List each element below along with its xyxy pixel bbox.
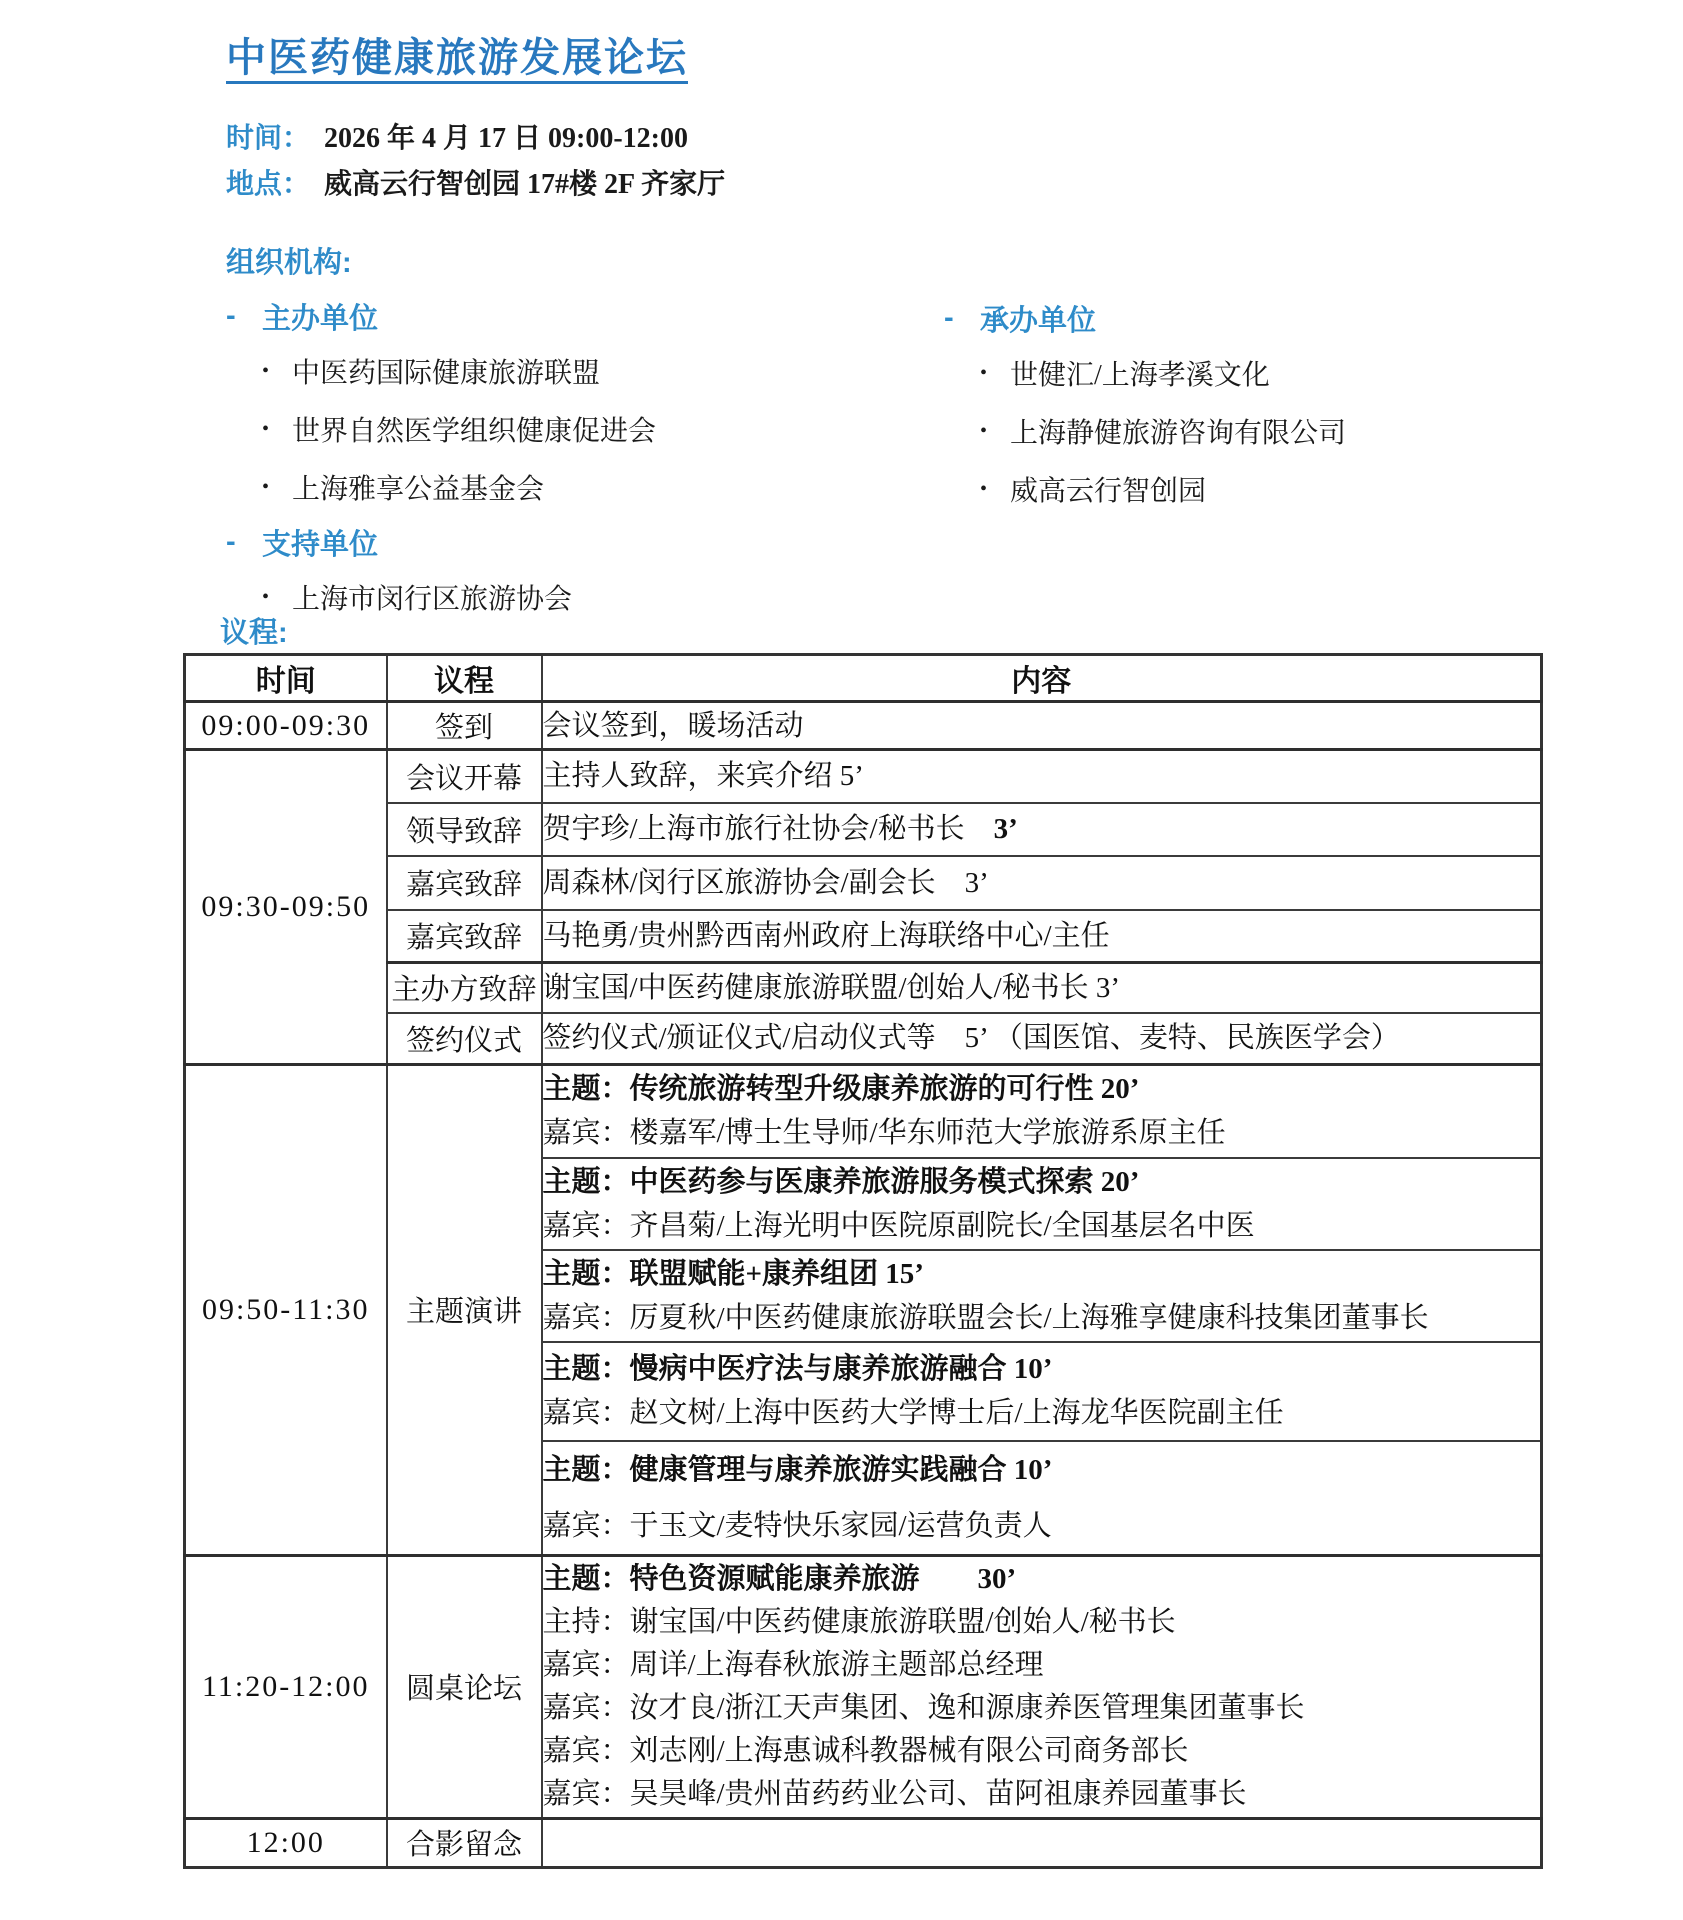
agenda-cell: 合影留念 <box>387 1818 542 1867</box>
agenda-cell: 签到 <box>387 702 542 750</box>
content-line: 会议签到，暖场活动 <box>543 704 1541 748</box>
org-group-host: - 主办单位 •中医药国际健康旅游联盟•世界自然医学组织健康促进会•上海雅享公益… <box>226 296 656 516</box>
content-cell: 主持人致辞，来宾介绍 5’ <box>542 750 1542 803</box>
content-line: 马艳勇/贵州黔西南州政府上海联络中心/主任 <box>543 914 1541 958</box>
agenda-cell: 嘉宾致辞 <box>387 910 542 963</box>
org-item: •世界自然医学组织健康促进会 <box>226 400 656 458</box>
org-item-label: 上海雅享公益基金会 <box>292 467 544 507</box>
content-line: 嘉宾：厉夏秋/中医药健康旅游联盟会长/上海雅享健康科技集团董事长 <box>543 1296 1541 1340</box>
bullet-dot-icon: • <box>262 476 292 499</box>
location-label: 地点： <box>226 168 310 199</box>
bullet-dot-icon: • <box>980 362 1010 385</box>
agenda-table: 时间议程内容09:00-09:30签到会议签到，暖场活动09:30-09:50会… <box>183 653 1543 1869</box>
content-cell: 主题：特色资源赋能康养旅游 30’主持：谢宝国/中医药健康旅游联盟/创始人/秘书… <box>542 1555 1542 1818</box>
org-item: •世健汇/上海孝溪文化 <box>944 344 1346 402</box>
agenda-header-row: 时间议程内容 <box>185 655 1542 702</box>
agenda-table-wrap: 时间议程内容09:00-09:30签到会议签到，暖场活动09:30-09:50会… <box>183 653 1543 1869</box>
bullet-dot-icon: • <box>980 478 1010 501</box>
content-line: 主持：谢宝国/中医药健康旅游联盟/创始人/秘书长 <box>543 1601 1541 1644</box>
agenda-cell: 嘉宾致辞 <box>387 856 542 910</box>
org-group-organizer-items: •世健汇/上海孝溪文化•上海静健旅游咨询有限公司•威高云行智创园 <box>944 344 1346 518</box>
agenda-cell: 主办方致辞 <box>387 963 542 1013</box>
org-item-label: 上海市闵行区旅游协会 <box>292 577 572 617</box>
datetime-label: 时间： <box>226 122 310 153</box>
org-group-organizer-name: 承办单位 <box>980 298 1096 339</box>
agenda-cell: 圆桌论坛 <box>387 1555 542 1818</box>
content-cell: 主题：慢病中医疗法与康养旅游融合 10’嘉宾：赵文树/上海中医药大学博士后/上海… <box>542 1342 1542 1441</box>
content-line: 嘉宾：刘志刚/上海惠诚科教器械有限公司商务部长 <box>543 1730 1541 1773</box>
content-line: 主持人致辞，来宾介绍 5’ <box>543 754 1541 798</box>
agenda-row: 09:00-09:30签到会议签到，暖场活动 <box>185 702 1542 750</box>
time-cell: 09:30-09:50 <box>185 750 387 1065</box>
content-cell: 周森林/闵行区旅游协会/副会长 3’ <box>542 856 1542 910</box>
agenda-row: 领导致辞贺宇珍/上海市旅行社协会/秘书长 3’ <box>185 803 1542 856</box>
content-line: 签约仪式/颁证仪式/启动仪式等 5’ （国医馆、麦特、民族医学会） <box>543 1016 1541 1060</box>
content-cell: 主题：健康管理与康养旅游实践融合 10’嘉宾：于玉文/麦特快乐家园/运营负责人 <box>542 1441 1542 1556</box>
org-item-label: 威高云行智创园 <box>1010 469 1206 509</box>
org-item-label: 中医药国际健康旅游联盟 <box>292 351 600 391</box>
bullet-dot-icon: • <box>262 586 292 609</box>
org-group-support-name: 支持单位 <box>262 522 378 563</box>
content-cell: 主题：传统旅游转型升级康养旅游的可行性 20’嘉宾：楼嘉军/博士生导师/华东师范… <box>542 1065 1542 1158</box>
agenda-row: 09:50-11:30主题演讲主题：传统旅游转型升级康养旅游的可行性 20’嘉宾… <box>185 1065 1542 1158</box>
agenda-section-label: 议程: <box>220 610 288 651</box>
agenda-cell: 主题演讲 <box>387 1065 542 1556</box>
content-cell <box>542 1818 1542 1867</box>
org-item: •上海静健旅游咨询有限公司 <box>944 402 1346 460</box>
organization-section-label: 组织机构: <box>226 240 352 281</box>
content-line: 嘉宾：吴昊峰/贵州苗药药业公司、苗阿祖康养园董事长 <box>543 1773 1541 1816</box>
content-line: 嘉宾：楼嘉军/博士生导师/华东师范大学旅游系原主任 <box>543 1111 1541 1155</box>
content-line: 主题：健康管理与康养旅游实践融合 10’ <box>543 1442 1541 1498</box>
content-line: 嘉宾：赵文树/上海中医药大学博士后/上海龙华医院副主任 <box>543 1391 1541 1435</box>
org-item-label: 世健汇/上海孝溪文化 <box>1010 353 1270 393</box>
content-line: 主题：中医药参与医康养旅游服务模式探索 20’ <box>543 1160 1541 1204</box>
column-header: 内容 <box>542 655 1542 702</box>
content-cell: 签约仪式/颁证仪式/启动仪式等 5’ （国医馆、麦特、民族医学会） <box>542 1013 1542 1065</box>
agenda-row: 12:00合影留念 <box>185 1818 1542 1867</box>
org-item: •上海雅享公益基金会 <box>226 458 656 516</box>
page-title: 中医药健康旅游发展论坛 <box>226 26 688 83</box>
content-cell: 谢宝国/中医药健康旅游联盟/创始人/秘书长 3’ <box>542 963 1542 1013</box>
column-header: 议程 <box>387 655 542 702</box>
dash-bullet-icon: - <box>226 526 262 559</box>
content-line: 主题：传统旅游转型升级康养旅游的可行性 20’ <box>543 1067 1541 1111</box>
time-cell: 09:50-11:30 <box>185 1065 387 1556</box>
content-line: 谢宝国/中医药健康旅游联盟/创始人/秘书长 3’ <box>543 966 1541 1010</box>
agenda-row: 09:30-09:50会议开幕主持人致辞，来宾介绍 5’ <box>185 750 1542 803</box>
agenda-row: 11:20-12:00圆桌论坛主题：特色资源赋能康养旅游 30’主持：谢宝国/中… <box>185 1555 1542 1818</box>
document-page: 中医药健康旅游发展论坛 时间：2026 年 4 月 17 日 09:00-12:… <box>0 0 1683 1920</box>
agenda-cell: 签约仪式 <box>387 1013 542 1065</box>
agenda-row: 主办方致辞谢宝国/中医药健康旅游联盟/创始人/秘书长 3’ <box>185 963 1542 1013</box>
bullet-dot-icon: • <box>262 418 292 441</box>
bullet-dot-icon: • <box>262 360 292 383</box>
content-line: 贺宇珍/上海市旅行社协会/秘书长 3’ <box>543 807 1541 851</box>
agenda-table-body: 时间议程内容09:00-09:30签到会议签到，暖场活动09:30-09:50会… <box>185 655 1542 1868</box>
content-line: 嘉宾：于玉文/麦特快乐家园/运营负责人 <box>543 1498 1541 1554</box>
location-row: 地点：威高云行智创园 17#楼 2F 齐家厅 <box>226 162 725 202</box>
content-line: 主题：特色资源赋能康养旅游 30’ <box>543 1558 1541 1601</box>
column-header: 时间 <box>185 655 387 702</box>
agenda-row: 签约仪式签约仪式/颁证仪式/启动仪式等 5’ （国医馆、麦特、民族医学会） <box>185 1013 1542 1065</box>
agenda-row: 嘉宾致辞马艳勇/贵州黔西南州政府上海联络中心/主任 <box>185 910 1542 963</box>
content-line: 嘉宾：汝才良/浙江天声集团、逸和源康养医管理集团董事长 <box>543 1687 1541 1730</box>
org-group-host-items: •中医药国际健康旅游联盟•世界自然医学组织健康促进会•上海雅享公益基金会 <box>226 342 656 516</box>
org-item: •中医药国际健康旅游联盟 <box>226 342 656 400</box>
org-item-label: 上海静健旅游咨询有限公司 <box>1010 411 1346 451</box>
datetime-row: 时间：2026 年 4 月 17 日 09:00-12:00 <box>226 116 688 156</box>
agenda-cell: 会议开幕 <box>387 750 542 803</box>
time-cell: 12:00 <box>185 1818 387 1867</box>
content-cell: 贺宇珍/上海市旅行社协会/秘书长 3’ <box>542 803 1542 856</box>
content-line: 主题：慢病中医疗法与康养旅游融合 10’ <box>543 1347 1541 1391</box>
time-cell: 09:00-09:30 <box>185 702 387 750</box>
bullet-dot-icon: • <box>980 420 1010 443</box>
location-value: 威高云行智创园 17#楼 2F 齐家厅 <box>324 169 725 200</box>
content-line: 周森林/闵行区旅游协会/副会长 3’ <box>543 861 1541 905</box>
dash-bullet-icon: - <box>226 300 262 333</box>
time-cell: 11:20-12:00 <box>185 1555 387 1818</box>
datetime-value: 2026 年 4 月 17 日 09:00-12:00 <box>324 123 688 154</box>
content-cell: 主题：中医药参与医康养旅游服务模式探索 20’嘉宾：齐昌菊/上海光明中医院原副院… <box>542 1158 1542 1250</box>
content-line: 主题：联盟赋能+康养组团 15’ <box>543 1252 1541 1296</box>
org-group-host-name: 主办单位 <box>262 296 378 337</box>
agenda-row: 嘉宾致辞周森林/闵行区旅游协会/副会长 3’ <box>185 856 1542 910</box>
content-cell: 主题：联盟赋能+康养组团 15’嘉宾：厉夏秋/中医药健康旅游联盟会长/上海雅享健… <box>542 1250 1542 1342</box>
dash-bullet-icon: - <box>944 302 980 335</box>
content-line: 嘉宾：齐昌菊/上海光明中医院原副院长/全国基层名中医 <box>543 1204 1541 1248</box>
content-cell: 马艳勇/贵州黔西南州政府上海联络中心/主任 <box>542 910 1542 963</box>
org-group-organizer: - 承办单位 •世健汇/上海孝溪文化•上海静健旅游咨询有限公司•威高云行智创园 <box>944 298 1346 518</box>
org-item-label: 世界自然医学组织健康促进会 <box>292 409 656 449</box>
content-line: 嘉宾：周详/上海春秋旅游主题部总经理 <box>543 1644 1541 1687</box>
org-item: •威高云行智创园 <box>944 460 1346 518</box>
content-cell: 会议签到，暖场活动 <box>542 702 1542 750</box>
agenda-cell: 领导致辞 <box>387 803 542 856</box>
